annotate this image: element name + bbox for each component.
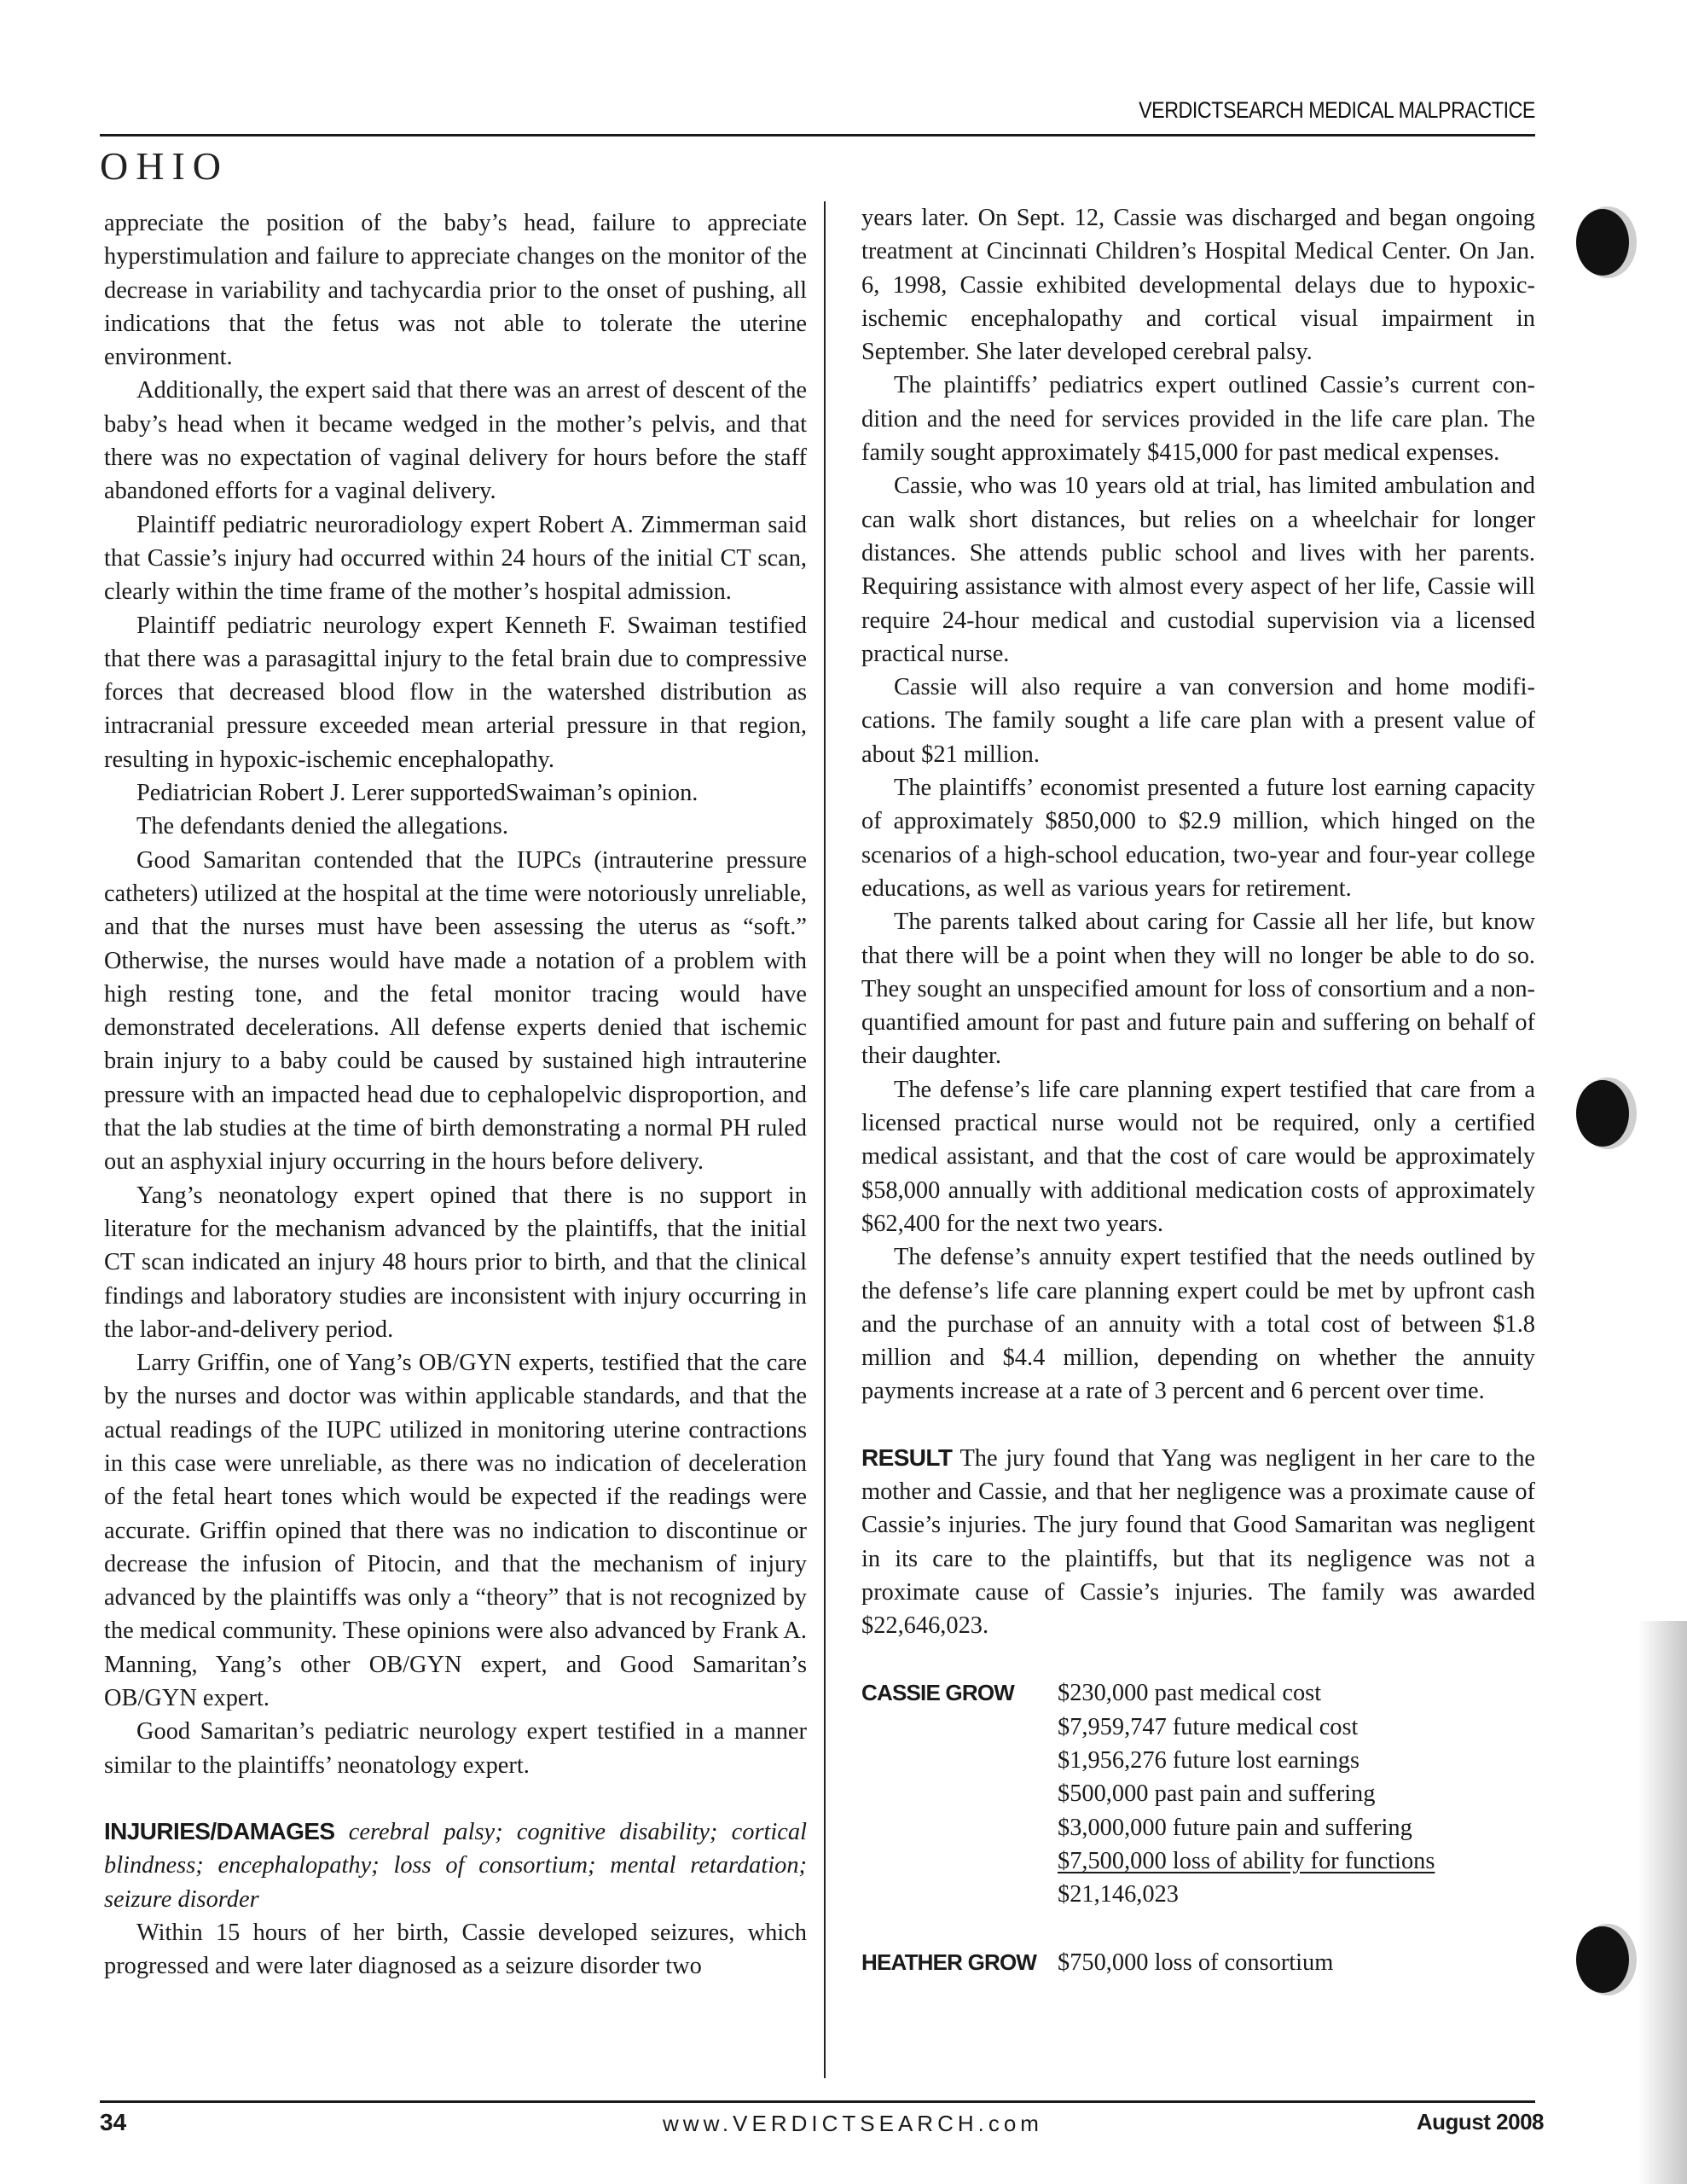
result-paragraph: RESULT The jury found that Yang was negl…: [861, 1441, 1535, 1643]
award-heather-grow: HEATHER GROW $750,000 loss of consortium: [861, 1946, 1535, 1979]
paragraph: appreciate the position of the baby’s he…: [104, 206, 807, 374]
award-line-items: $750,000 loss of consortium: [1058, 1946, 1535, 1979]
award-line: $7,959,747 future medical cost: [1058, 1711, 1535, 1744]
section-title: OHIO: [100, 143, 229, 189]
binder-hole-icon: [1576, 1926, 1629, 1993]
header-rule: [100, 134, 1535, 136]
paragraph: Cassie will also require a van conversio…: [861, 671, 1535, 771]
paragraph: Good Samaritan’s pediatric neurology exp…: [104, 1715, 807, 1782]
award-line: $3,000,000 future pain and suffering: [1058, 1811, 1535, 1844]
award-line-items: $230,000 past medical cost $7,959,747 fu…: [1058, 1676, 1535, 1911]
paragraph: Yang’s neonatology expert opined that th…: [104, 1179, 807, 1346]
binder-hole-icon: [1576, 1080, 1629, 1147]
injuries-damages-label: INJURIES/DAMAGES: [104, 1818, 334, 1844]
award-total: $21,146,023: [1058, 1878, 1535, 1911]
paragraph: Good Samaritan contended that the IUPCs …: [104, 844, 807, 1179]
running-head: VERDICTSEARCH MEDICAL MALPRACTICE: [948, 97, 1535, 124]
paragraph: The plaintiffs’ pediatrics expert outlin…: [861, 369, 1535, 469]
award-cassie-grow: CASSIE GROW $230,000 past medical cost $…: [861, 1676, 1535, 1911]
injuries-damages-paragraph: INJURIES/DAMAGES cerebral palsy; cogniti…: [104, 1815, 807, 1916]
spacer: [861, 1409, 1535, 1441]
paragraph: Additionally, the expert said that there…: [104, 374, 807, 508]
paragraph: The defense’s life care planning expert …: [861, 1073, 1535, 1240]
award-recipient-name: CASSIE GROW: [861, 1676, 1058, 1911]
paragraph: The parents talked about caring for Cass…: [861, 905, 1535, 1072]
result-text: The jury found that Yang was negligent i…: [861, 1445, 1535, 1639]
award-line: $1,956,276 future lost earnings: [1058, 1744, 1535, 1777]
paragraph: The defense’s annuity expert testified t…: [861, 1240, 1535, 1408]
paragraph: Pediatrician Robert J. Lerer supportedSw…: [104, 776, 807, 810]
column-divider: [824, 201, 826, 2078]
binder-hole-icon: [1576, 209, 1629, 276]
page-edge-shadow: [1638, 1621, 1687, 2184]
left-column: appreciate the position of the baby’s he…: [104, 206, 807, 1983]
award-recipient-name: HEATHER GROW: [861, 1946, 1058, 1979]
paragraph: Cassie, who was 10 years old at trial, h…: [861, 469, 1535, 671]
award-line: $7,500,000 loss of ability for functions: [1058, 1844, 1535, 1878]
footer-url: www.VERDICTSEARCH.com: [597, 2111, 1109, 2137]
paragraph: The defendants denied the allegations.: [104, 810, 807, 843]
page-number: 34: [100, 2109, 126, 2136]
paragraph: Larry Griffin, one of Yang’s OB/GYN expe…: [104, 1346, 807, 1715]
spacer: [104, 1782, 807, 1815]
award-line: $230,000 past medical cost: [1058, 1676, 1535, 1710]
issue-date: August 2008: [1365, 2109, 1544, 2135]
paragraph: Within 15 hours of her birth, Cassie dev…: [104, 1916, 807, 1984]
award-line: $750,000 loss of consortium: [1058, 1946, 1535, 1979]
result-label: RESULT: [861, 1444, 952, 1471]
right-column: years later. On Sept. 12, Cassie was dis…: [861, 201, 1535, 1979]
paragraph: Plaintiff pediatric neurology expert Ken…: [104, 609, 807, 776]
footer-rule: [100, 2100, 1535, 2103]
paragraph: Plaintiff pediatric neuroradiology exper…: [104, 508, 807, 609]
paragraph: The plaintiffs’ economist presented a fu…: [861, 771, 1535, 905]
paragraph: years later. On Sept. 12, Cassie was dis…: [861, 201, 1535, 369]
award-line: $500,000 past pain and suffering: [1058, 1777, 1535, 1810]
